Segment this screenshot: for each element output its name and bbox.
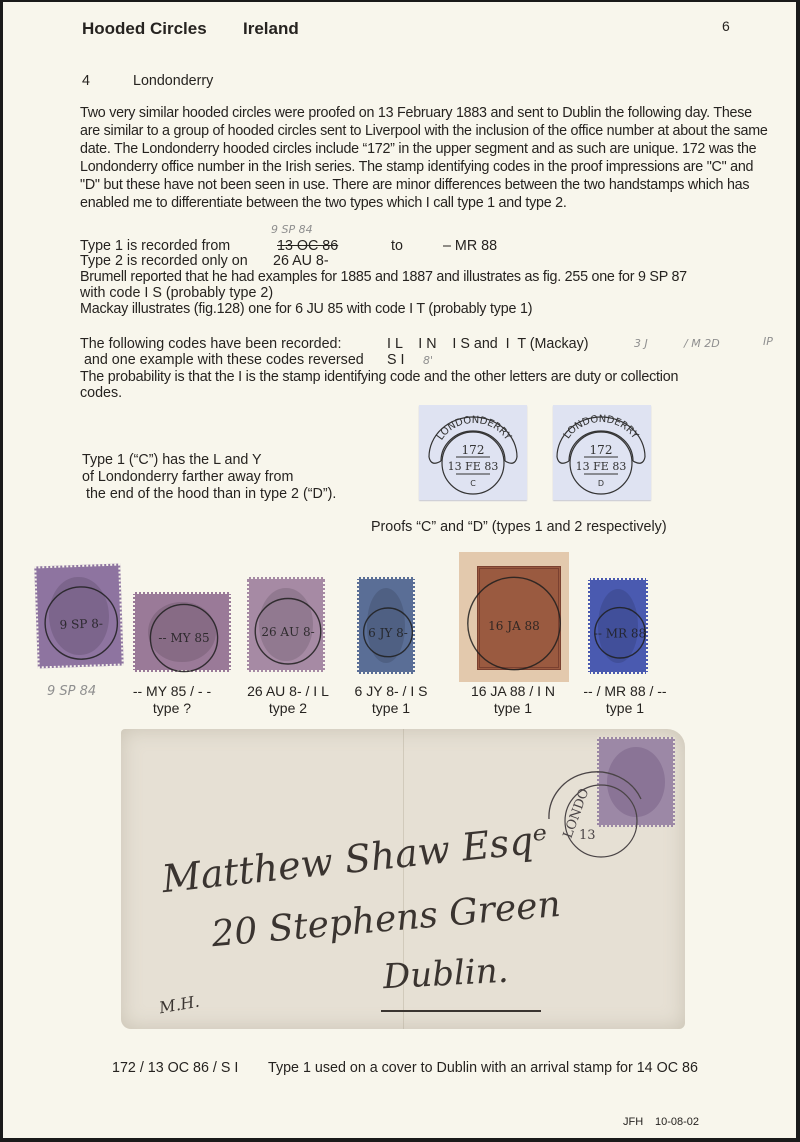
codes-values: I L I N I S and I T (Mackay) [387, 335, 589, 353]
reversed-value: S I [387, 351, 404, 369]
svg-text:172: 172 [462, 443, 485, 457]
intro-paragraph: Two very similar hooded circles were pro… [80, 104, 770, 212]
stamp-caption-2: -- MY 85 / - -type ? [117, 683, 227, 717]
address-line-2: 20 Stephens Green [210, 884, 562, 955]
postmark-icon: 6 JY 8- [359, 579, 417, 676]
address-line-3: Dublin. [382, 951, 509, 998]
svg-text:C: C [470, 479, 476, 488]
svg-text:13 FE 83: 13 FE 83 [576, 460, 627, 473]
album-page: Hooded Circles Ireland 6 4 Londonderry T… [3, 2, 796, 1138]
postmark-icon: -- MR 88 [590, 580, 650, 676]
country-title: Ireland [243, 19, 299, 39]
pencil-code-note-1: 3 J [634, 337, 648, 350]
type1-to-label: to [391, 237, 403, 255]
stamp-3: 26 AU 8- [247, 577, 325, 672]
stamp-5: 16 JA 88 [459, 552, 569, 682]
stamp-2: -- MY 85 [133, 592, 231, 672]
section-name: Londonderry [133, 72, 213, 90]
cover-caption-right: Type 1 used on a cover to Dublin with an… [268, 1059, 698, 1077]
cover-caption-left: 172 / 13 OC 86 / S I [112, 1059, 238, 1077]
proofs-caption: Proofs “C” and “D” (types 1 and 2 respec… [371, 518, 667, 536]
type-note-line-2: of Londonderry farther away from [82, 468, 293, 486]
proof-d: LONDONDERRY 172 13 FE 83 D [553, 405, 651, 500]
svg-text:LONDONDERRY: LONDONDERRY [562, 414, 641, 442]
address-line-1: Matthew Shaw Esqᵉ [160, 817, 550, 901]
pencil-note-stamp-1: 9 SP 84 [47, 684, 96, 699]
pencil-note-type1-from: 9 SP 84 [271, 223, 313, 236]
mackay-line: Mackay illustrates (fig.128) one for 6 J… [80, 300, 532, 318]
svg-text:13: 13 [579, 828, 596, 843]
svg-text:9 SP 8-: 9 SP 8- [59, 616, 103, 632]
svg-text:16 JA 88: 16 JA 88 [488, 619, 540, 633]
footer-initials: JFH [623, 1116, 643, 1128]
type1-to-date: – MR 88 [443, 237, 497, 255]
postmark-icon: 26 AU 8- [249, 579, 327, 674]
hooded-circle-postmark-d: LONDONDERRY 172 13 FE 83 D [553, 405, 651, 500]
probability-line-1: The probability is that the I is the sta… [80, 368, 678, 386]
pencil-code-note-2: / M 2D [684, 337, 720, 350]
stamp-caption-6: -- / MR 88 / --type 1 [570, 683, 680, 717]
hooded-circle-postmark-c: LONDONDERRY 172 13 FE 83 C [419, 405, 527, 500]
pencil-reversed-note: 8' [423, 354, 433, 367]
stamp-caption-4: 6 JY 8- / I Stype 1 [336, 683, 446, 717]
page-number: 6 [722, 18, 730, 34]
footer-date: 10-08-02 [655, 1116, 699, 1128]
address-underline [381, 1010, 541, 1012]
type-note-line-3: the end of the hood than in type 2 (“D”)… [82, 485, 336, 503]
page-title: Hooded Circles [82, 19, 207, 39]
postmark-icon: 9 SP 8- [36, 565, 126, 670]
stamp-6: -- MR 88 [588, 578, 648, 674]
svg-text:-- MR 88: -- MR 88 [594, 627, 646, 641]
postal-cover: LONDO 13 Matthew Shaw Esqᵉ 20 Stephens G… [121, 729, 685, 1029]
stamp-caption-5: 16 JA 88 / I Ntype 1 [458, 683, 568, 717]
cover-postmark: LONDO 13 [541, 759, 651, 869]
stamp-caption-3: 26 AU 8- / I Ltype 2 [233, 683, 343, 717]
svg-text:LONDONDERRY: LONDONDERRY [435, 415, 514, 443]
probability-line-2: codes. [80, 384, 122, 402]
cover-corner-note: M.H. [158, 992, 201, 1018]
reversed-label: and one example with these codes reverse… [80, 351, 364, 369]
svg-text:13 FE 83: 13 FE 83 [448, 460, 499, 473]
svg-text:-- MY 85: -- MY 85 [158, 631, 209, 645]
type-note-line-1: Type 1 (“C”) has the L and Y [82, 451, 262, 469]
svg-text:26 AU 8-: 26 AU 8- [261, 625, 314, 639]
postmark-icon: 16 JA 88 [459, 552, 569, 682]
pencil-code-note-3: IP [763, 335, 773, 348]
stamp-1: 9 SP 8- [34, 564, 124, 669]
svg-text:D: D [598, 479, 604, 488]
stamp-4: 6 JY 8- [357, 577, 415, 674]
proof-c: LONDONDERRY 172 13 FE 83 C [419, 405, 527, 500]
section-number: 4 [82, 72, 90, 90]
svg-text:172: 172 [590, 443, 613, 457]
postmark-icon: -- MY 85 [135, 594, 233, 674]
svg-text:6 JY 8-: 6 JY 8- [368, 626, 408, 640]
